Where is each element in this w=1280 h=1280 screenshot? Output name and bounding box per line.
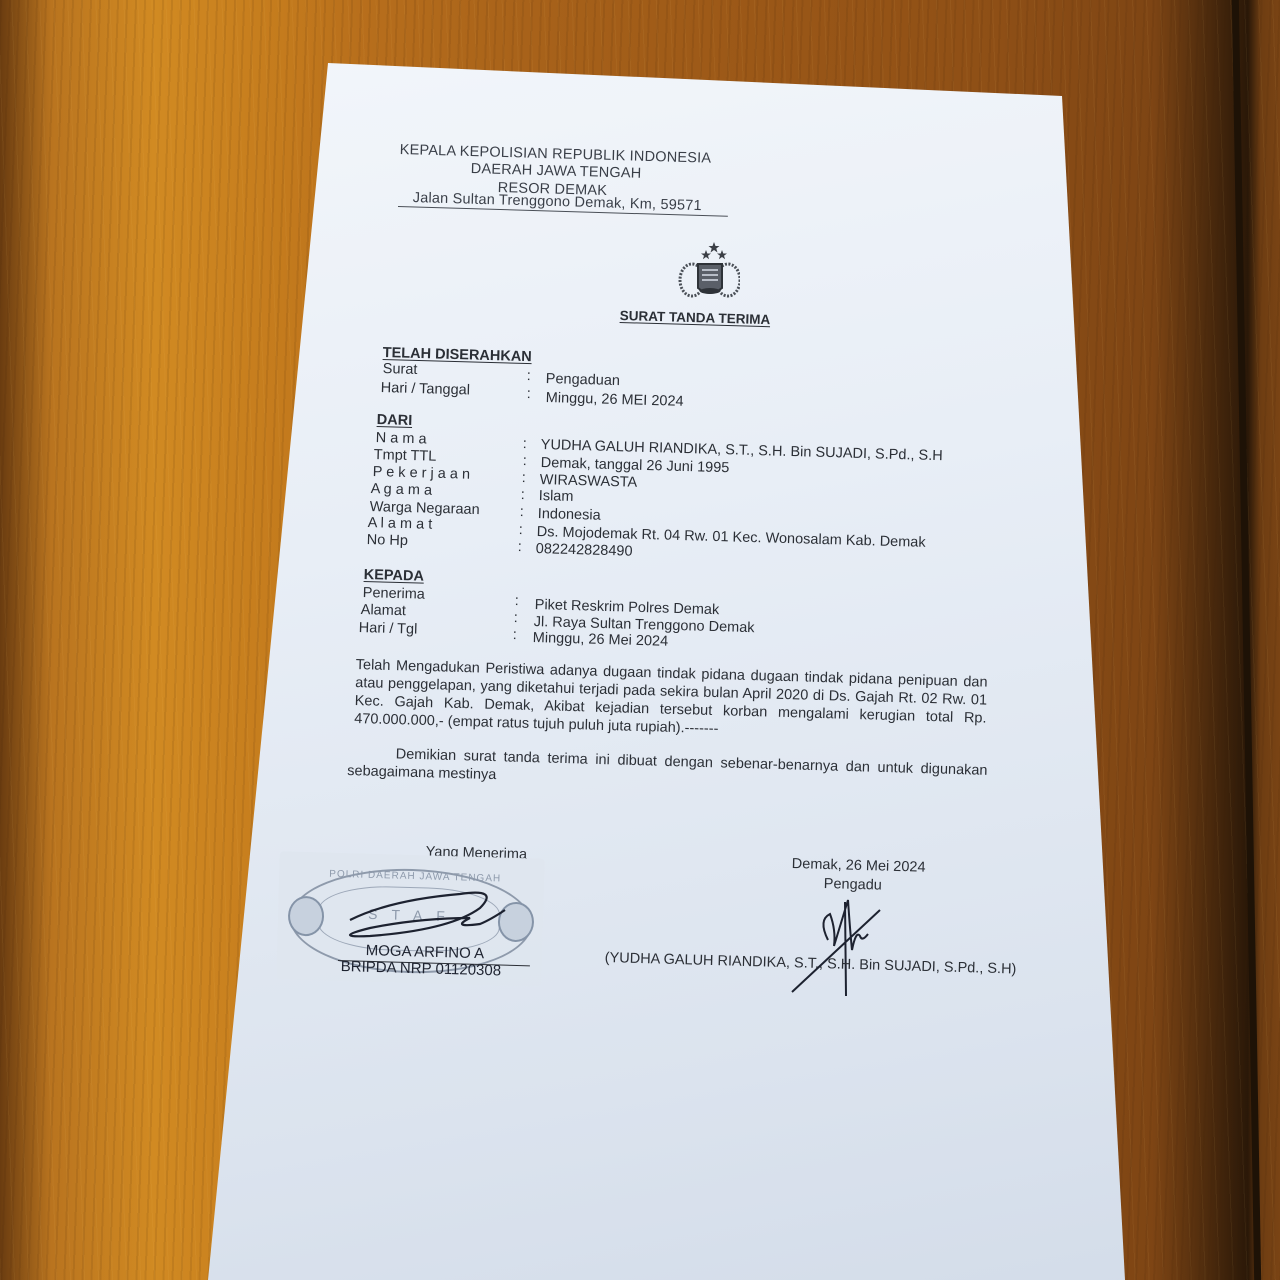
colon: : (519, 522, 523, 538)
receiver-signature (330, 880, 530, 950)
field-label-surat: Surat (383, 361, 418, 378)
colon: : (523, 436, 527, 452)
document: KEPALA KEPOLISIAN REPUBLIK INDONESIA DAE… (0, 0, 1280, 1280)
page-title: SURAT TANDA TERIMA (620, 308, 771, 327)
section-heading-kepada: KEPADA (364, 567, 425, 585)
colon: : (523, 453, 527, 469)
field-label-agama: A g a m a (371, 481, 433, 499)
field-value-warga-negaraan: Indonesia (538, 506, 601, 524)
section-heading-dari: DARI (377, 412, 413, 429)
closing-paragraph: Demikian surat tanda terima ini dibuat d… (347, 744, 988, 798)
colon: : (513, 627, 517, 643)
complaint-paragraph: Telah Mengadukan Peristiwa adanya dugaan… (354, 656, 988, 746)
complainant-signature (790, 890, 890, 1000)
police-emblem-icon (678, 240, 740, 306)
field-label-hari-tgl: Hari / Tgl (359, 620, 418, 638)
colon: : (527, 368, 531, 384)
field-label-tmpt-ttl: Tmpt TTL (374, 447, 437, 465)
field-value-agama: Islam (539, 488, 574, 505)
field-value-no-hp: 082242828490 (536, 541, 633, 560)
field-value-surat: Pengaduan (546, 371, 621, 389)
field-value-hari-tanggal: Minggu, 26 MEI 2024 (546, 390, 684, 410)
field-label-hari-tanggal: Hari / Tanggal (381, 380, 471, 398)
field-value-hari-tgl: Minggu, 26 Mei 2024 (533, 630, 669, 650)
colon: : (522, 470, 526, 486)
field-label-alamat-penerima: Alamat (361, 602, 407, 619)
field-label-penerima: Penerima (363, 585, 425, 603)
field-label-nama: N a m a (376, 430, 427, 447)
place-date: Demak, 26 Mei 2024 (792, 856, 926, 876)
field-label-no-hp: No Hp (367, 532, 409, 549)
field-label-alamat: A l a m a t (368, 515, 433, 533)
colon: : (514, 610, 518, 626)
colon: : (518, 539, 522, 555)
field-label-pekerjaan: P e k e r j a a n (373, 464, 471, 483)
colon: : (527, 386, 531, 402)
letterhead-line-2: DAERAH JAWA TENGAH (471, 161, 642, 182)
colon: : (521, 487, 525, 503)
colon: : (515, 593, 519, 609)
colon: : (520, 504, 524, 520)
